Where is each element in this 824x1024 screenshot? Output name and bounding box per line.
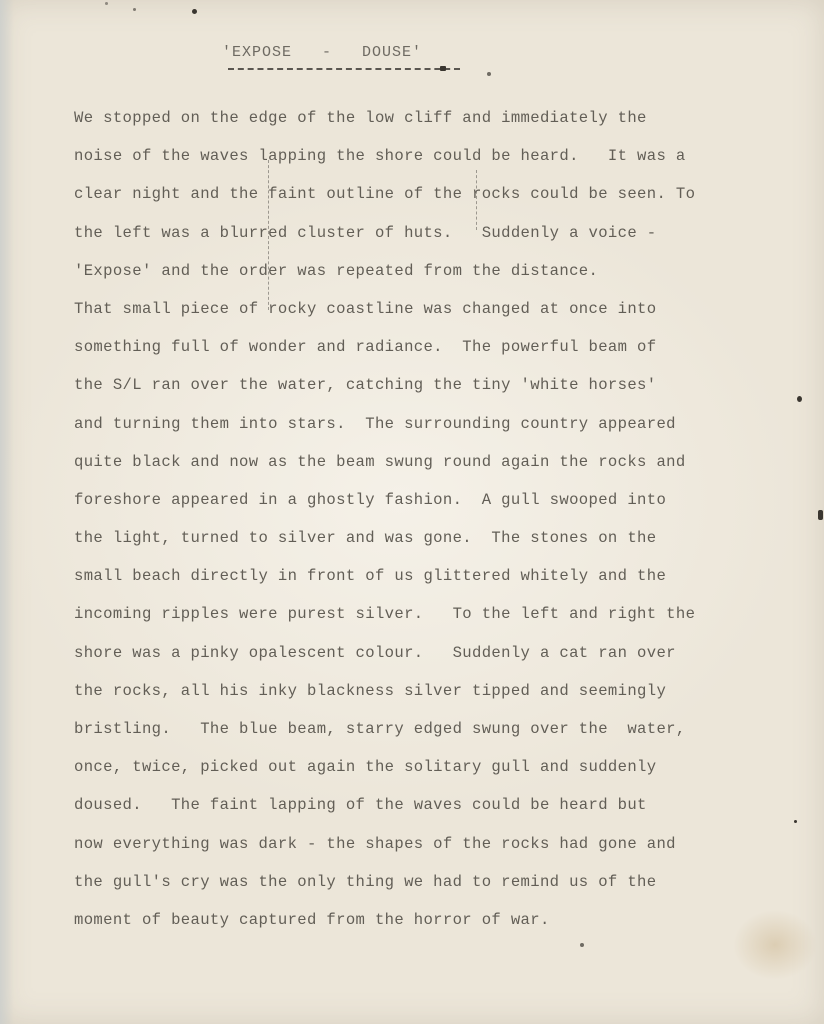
text-line: the S/L ran over the water, catching the… bbox=[74, 371, 814, 409]
text-line: the rocks, all his inky blackness silver… bbox=[74, 677, 814, 715]
ink-speck bbox=[133, 8, 136, 11]
document-title: 'EXPOSE - DOUSE' bbox=[222, 44, 422, 61]
text-line: incoming ripples were purest silver. To … bbox=[74, 600, 814, 638]
text-line: moment of beauty captured from the horro… bbox=[74, 906, 814, 944]
ink-speck bbox=[487, 72, 491, 76]
text-line: bristling. The blue beam, starry edged s… bbox=[74, 715, 814, 753]
text-line: 'Expose' and the order was repeated from… bbox=[74, 257, 814, 295]
text-line: the light, turned to silver and was gone… bbox=[74, 524, 814, 562]
text-line: quite black and now as the beam swung ro… bbox=[74, 448, 814, 486]
ink-speck bbox=[580, 943, 584, 947]
text-line: foreshore appeared in a ghostly fashion.… bbox=[74, 486, 814, 524]
ink-speck bbox=[440, 66, 446, 71]
text-line: the gull's cry was the only thing we had… bbox=[74, 868, 814, 906]
text-line: small beach directly in front of us glit… bbox=[74, 562, 814, 600]
typewritten-page: 'EXPOSE - DOUSE' We stopped on the edge … bbox=[0, 0, 824, 1024]
text-line: shore was a pinky opalescent colour. Sud… bbox=[74, 639, 814, 677]
text-line: once, twice, picked out again the solita… bbox=[74, 753, 814, 791]
body-text: We stopped on the edge of the low cliff … bbox=[74, 104, 814, 944]
ink-speck bbox=[105, 2, 108, 5]
ink-speck bbox=[818, 510, 823, 520]
text-line: something full of wonder and radiance. T… bbox=[74, 333, 814, 371]
text-line: now everything was dark - the shapes of … bbox=[74, 830, 814, 868]
text-line: the left was a blurred cluster of huts. … bbox=[74, 219, 814, 257]
text-line: That small piece of rocky coastline was … bbox=[74, 295, 814, 333]
ink-speck bbox=[192, 9, 197, 14]
text-line: We stopped on the edge of the low cliff … bbox=[74, 104, 814, 142]
text-line: noise of the waves lapping the shore cou… bbox=[74, 142, 814, 180]
ink-speck bbox=[797, 396, 802, 402]
text-line: clear night and the faint outline of the… bbox=[74, 180, 814, 218]
text-line: doused. The faint lapping of the waves c… bbox=[74, 791, 814, 829]
title-underline bbox=[228, 68, 460, 70]
ink-speck bbox=[794, 820, 797, 823]
text-line: and turning them into stars. The surroun… bbox=[74, 410, 814, 448]
